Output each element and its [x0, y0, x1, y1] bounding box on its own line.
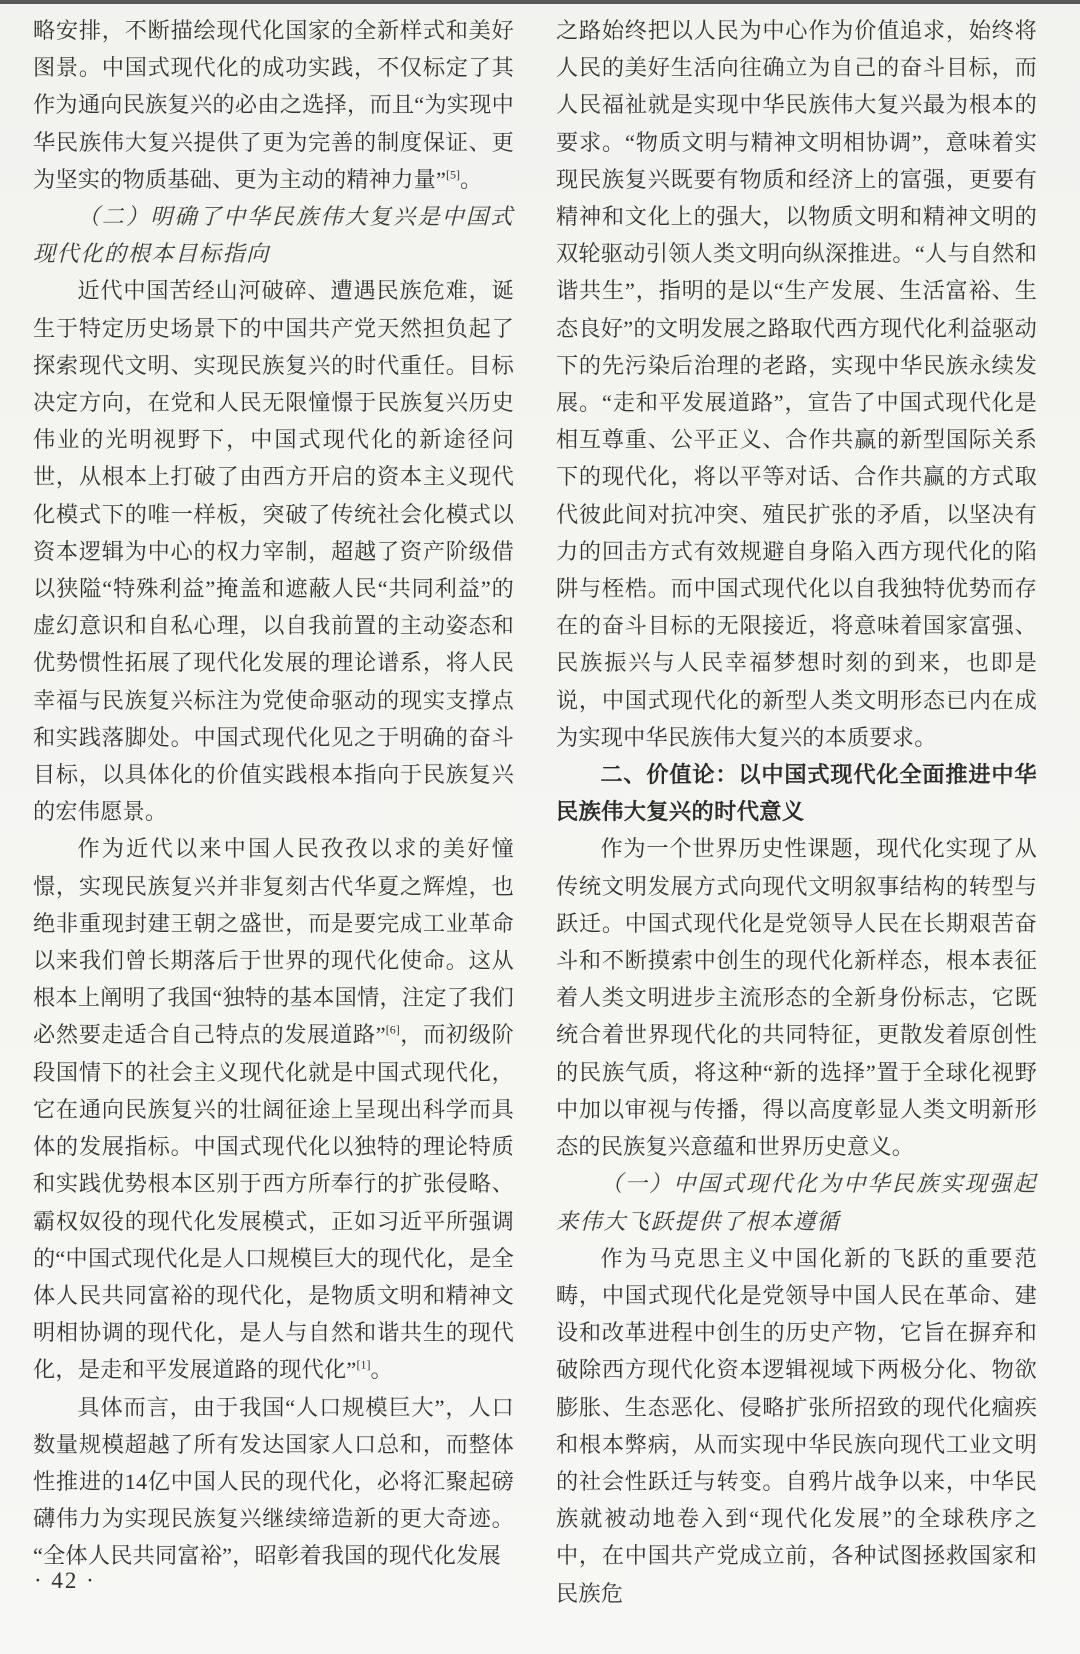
paragraph-text: 作为近代以来中国人民孜孜以求的美好憧憬，实现民族复兴并非复刻古代华夏之辉煌，也绝… [33, 836, 514, 1047]
paragraph: 作为近代以来中国人民孜孜以求的美好憧憬，实现民族复兴并非复刻古代华夏之辉煌，也绝… [33, 830, 514, 1388]
paragraph: 近代中国苦经山河破碎、遭遇民族危难，诞生于特定历史场景下的中国共产党天然担负起了… [33, 272, 514, 830]
paragraph-continuation: 之路始终把以人民为中心作为价值追求，始终将人民的美好生活向往确立为自己的奋斗目标… [556, 12, 1037, 756]
subsection-heading-1: （一）中国式现代化为中华民族实现强起来伟大飞跃提供了根本遵循 [556, 1165, 1037, 1239]
subsection-heading-2: （二）明确了中华民族伟大复兴是中国式现代化的根本目标指向 [33, 198, 514, 272]
page: 略安排，不断描绘现代化国家的全新样式和美好图景。中国式现代化的成功实践，不仅标定… [0, 0, 1080, 1654]
paragraph-continuation: 略安排，不断描绘现代化国家的全新样式和美好图景。中国式现代化的成功实践，不仅标定… [33, 12, 514, 198]
paragraph: 作为一个世界历史性课题，现代化实现了从传统文明发展方式向现代文明叙事结构的转型与… [556, 830, 1037, 1165]
paragraph-text: ，而初级阶段国情下的社会主义现代化就是中国式现代化，它在通向民族复兴的壮阔征途上… [33, 1022, 514, 1382]
citation-ref-5: [5] [446, 167, 460, 181]
paragraph: 作为马克思主义中国化新的飞跃的重要范畴，中国式现代化是党领导中国人民在革命、建设… [556, 1240, 1037, 1612]
page-number: · 42 · [34, 1568, 96, 1594]
paragraph: 具体而言，由于我国“人口规模巨大”，人口数量规模超越了所有发达国家人口总和，而整… [33, 1389, 514, 1575]
left-column: 略安排，不断描绘现代化国家的全新样式和美好图景。中国式现代化的成功实践，不仅标定… [33, 12, 514, 1612]
citation-ref-1: [1] [356, 1358, 370, 1372]
paragraph-text: 略安排，不断描绘现代化国家的全新样式和美好图景。中国式现代化的成功实践，不仅标定… [33, 18, 514, 192]
section-heading-2: 二、价值论：以中国式现代化全面推进中华民族伟大复兴的时代意义 [556, 756, 1037, 830]
citation-ref-6: [6] [386, 1023, 400, 1037]
right-column: 之路始终把以人民为中心作为价值追求，始终将人民的美好生活向往确立为自己的奋斗目标… [556, 12, 1037, 1612]
two-column-text: 略安排，不断描绘现代化国家的全新样式和美好图景。中国式现代化的成功实践，不仅标定… [0, 12, 1080, 1612]
page-top-rule [0, 0, 1080, 4]
paragraph-text: 。 [370, 1357, 392, 1382]
paragraph-text: 。 [460, 167, 482, 192]
